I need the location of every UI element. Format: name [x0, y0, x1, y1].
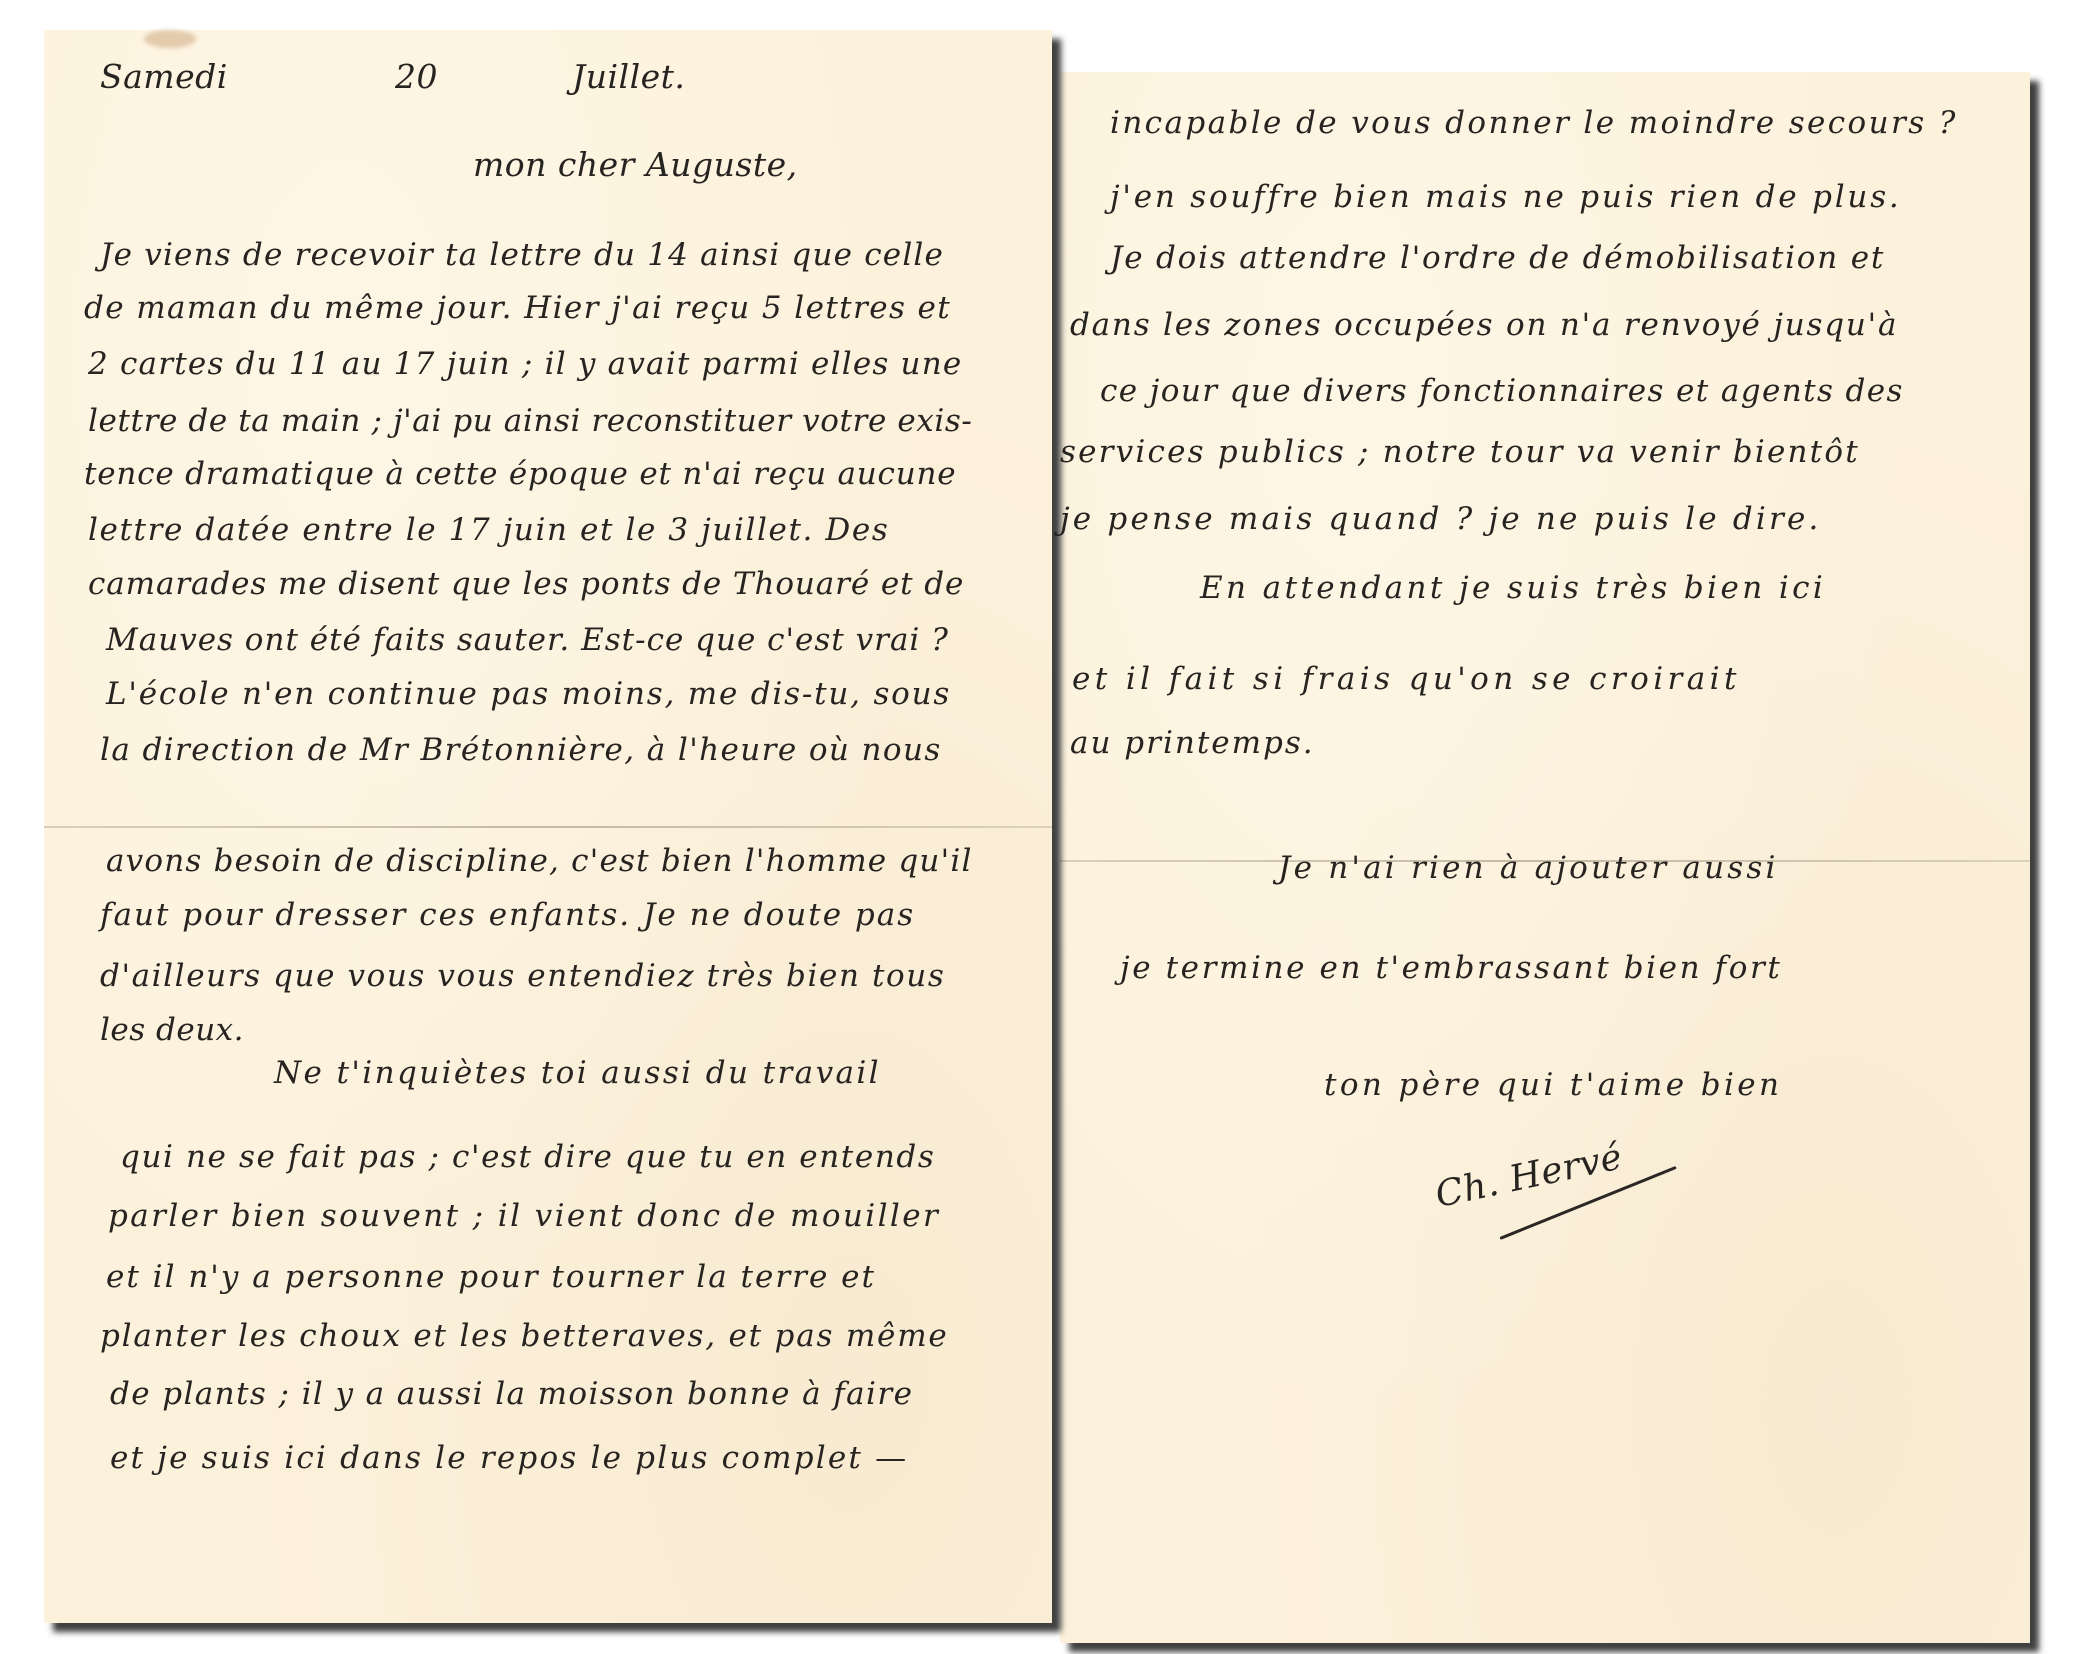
letter-line: Mauves ont été faits sauter. Est-ce que … [106, 625, 949, 656]
letter-line: j'en souffre bien mais ne puis rien de p… [1110, 182, 1902, 213]
letter-line: incapable de vous donner le moindre seco… [1110, 108, 1958, 139]
letter-line: parler bien souvent ; il vient donc de m… [108, 1201, 940, 1232]
letter-line: de maman du même jour. Hier j'ai reçu 5 … [84, 293, 951, 324]
letter-line: lettre de ta main ; j'ai pu ainsi recons… [88, 406, 972, 437]
letter-page-right: incapable de vous donner le moindre seco… [1060, 72, 2030, 1643]
paper-stain [144, 30, 196, 48]
letter-line: Je dois attendre l'ordre de démobilisati… [1110, 243, 1885, 274]
letter-line: En attendant je suis très bien ici [1200, 573, 1826, 604]
letter-line: je pense mais quand ? je ne puis le dire… [1060, 504, 1822, 535]
closing-line: ton père qui t'aime bien [1324, 1070, 1782, 1101]
letter-page-left: Samedi 20 Juillet. mon cher Auguste, Je … [44, 30, 1052, 1623]
signature: Ch. Hervé [1433, 1139, 1626, 1214]
letter-line: services publics ; notre tour va venir b… [1060, 437, 1860, 468]
letter-line: d'ailleurs que vous vous entendiez très … [100, 961, 945, 992]
closing-line: je termine en t'embrassant bien fort [1120, 953, 1782, 984]
salutation: mon cher Auguste, [473, 148, 798, 181]
letter-line: avons besoin de discipline, c'est bien l… [106, 846, 973, 877]
letter-line: la direction de Mr Brétonnière, à l'heur… [100, 735, 942, 766]
letter-line: Je viens de recevoir ta lettre du 14 ain… [100, 240, 944, 271]
letter-line: faut pour dresser ces enfants. Je ne dou… [100, 900, 915, 931]
letter-line: au printemps. [1070, 728, 1315, 759]
closing-line: Je n'ai rien à ajouter aussi [1278, 853, 1779, 884]
letter-line: L'école n'en continue pas moins, me dis-… [106, 679, 951, 710]
letter-line: camarades me disent que les ponts de Tho… [88, 569, 964, 600]
letter-line: 2 cartes du 11 au 17 juin ; il y avait p… [88, 349, 962, 380]
letter-line: ce jour que divers fonctionnaires et age… [1100, 376, 1904, 407]
date-month: Juillet. [572, 60, 685, 93]
date-number: 20 [395, 60, 438, 93]
letter-line: et je suis ici dans le repos le plus com… [110, 1443, 908, 1474]
letter-line: tence dramatique à cette époque et n'ai … [84, 459, 956, 490]
letter-line: dans les zones occupées on n'a renvoyé j… [1070, 310, 1898, 341]
letter-line: planter les choux et les betteraves, et … [100, 1321, 949, 1352]
letter-line: et il n'y a personne pour tourner la ter… [106, 1262, 876, 1293]
fold-line [44, 826, 1052, 828]
letter-line: de plants ; il y a aussi la moisson bonn… [110, 1379, 913, 1410]
letter-line: les deux. [100, 1015, 244, 1046]
letter-line: Ne t'inquiètes toi aussi du travail [274, 1058, 881, 1089]
date-day: Samedi [100, 60, 228, 93]
letter-line: qui ne se fait pas ; c'est dire que tu e… [120, 1142, 935, 1173]
letter-line: lettre datée entre le 17 juin et le 3 ju… [88, 515, 889, 546]
letter-line: et il fait si frais qu'on se croirait [1072, 664, 1741, 695]
